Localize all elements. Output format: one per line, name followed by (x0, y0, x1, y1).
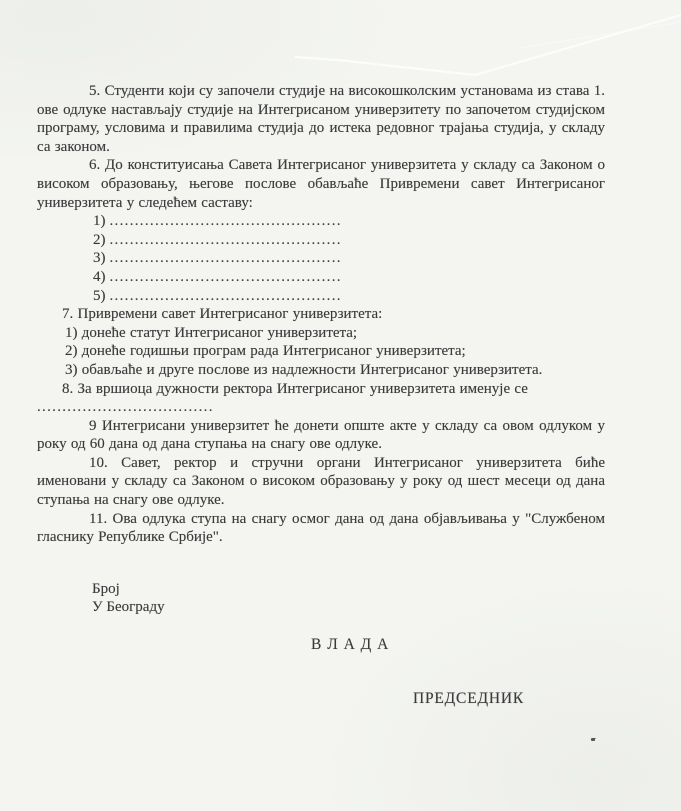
paragraph-8-blank-line: ................................... (37, 398, 605, 417)
paragraph-7-item-2: 2) донеће годишњи програм рада Интегриса… (37, 342, 605, 361)
council-blank-4: 4)......................................… (37, 268, 605, 287)
scanned-document: { "body": { "para_5": "5. Студенти који … (0, 0, 681, 811)
place-label: У Београду (92, 599, 165, 617)
blank-number: 3) (93, 250, 106, 266)
council-blank-3: 3)......................................… (37, 249, 605, 268)
document-number-label: Број (92, 581, 165, 599)
president-signature-title: ПРЕДСЕДНИК (413, 690, 524, 708)
dotted-leader: ........................................… (110, 269, 342, 285)
paragraph-6: 6. До конституисања Савета Интегрисаног … (37, 156, 605, 212)
paragraph-9: 9 Интегрисани универзитет ће донети општ… (37, 417, 605, 454)
paragraph-11: 11. Ова одлука ступа на снагу осмог дана… (37, 510, 605, 547)
blank-number: 2) (93, 232, 106, 248)
government-heading: В Л А Д А (311, 636, 389, 654)
footer-reference-block: Број У Београду (92, 581, 165, 616)
council-blank-list: 1)......................................… (37, 212, 605, 305)
council-blank-2: 2)......................................… (37, 231, 605, 250)
dotted-leader: ........................................… (110, 213, 342, 229)
dotted-leader: ........................................… (110, 250, 342, 266)
paragraph-7-intro: 7. Привремени савет Интегрисаног универз… (37, 305, 605, 324)
paragraph-7-item-3: 3) обављаће и друге послове из надлежнос… (37, 361, 605, 380)
paragraph-8: 8. За вршиоца дужности ректора Интегриса… (37, 380, 605, 399)
paragraph-5: 5. Студенти који су започели студије на … (37, 82, 605, 156)
blank-number: 5) (93, 288, 106, 304)
council-blank-1: 1)......................................… (37, 212, 605, 231)
paragraph-10: 10. Савет, ректор и стручни органи Интег… (37, 454, 605, 510)
dotted-leader: ........................................… (110, 288, 342, 304)
ink-speck (591, 738, 595, 741)
council-blank-5: 5)......................................… (37, 287, 605, 306)
paragraph-7-item-1: 1) донеће статут Интегрисаног универзите… (37, 324, 605, 343)
blank-number: 1) (93, 213, 106, 229)
blank-number: 4) (93, 269, 106, 285)
document-body: 5. Студенти који су започели студије на … (37, 82, 605, 547)
dotted-leader: ........................................… (110, 232, 342, 248)
